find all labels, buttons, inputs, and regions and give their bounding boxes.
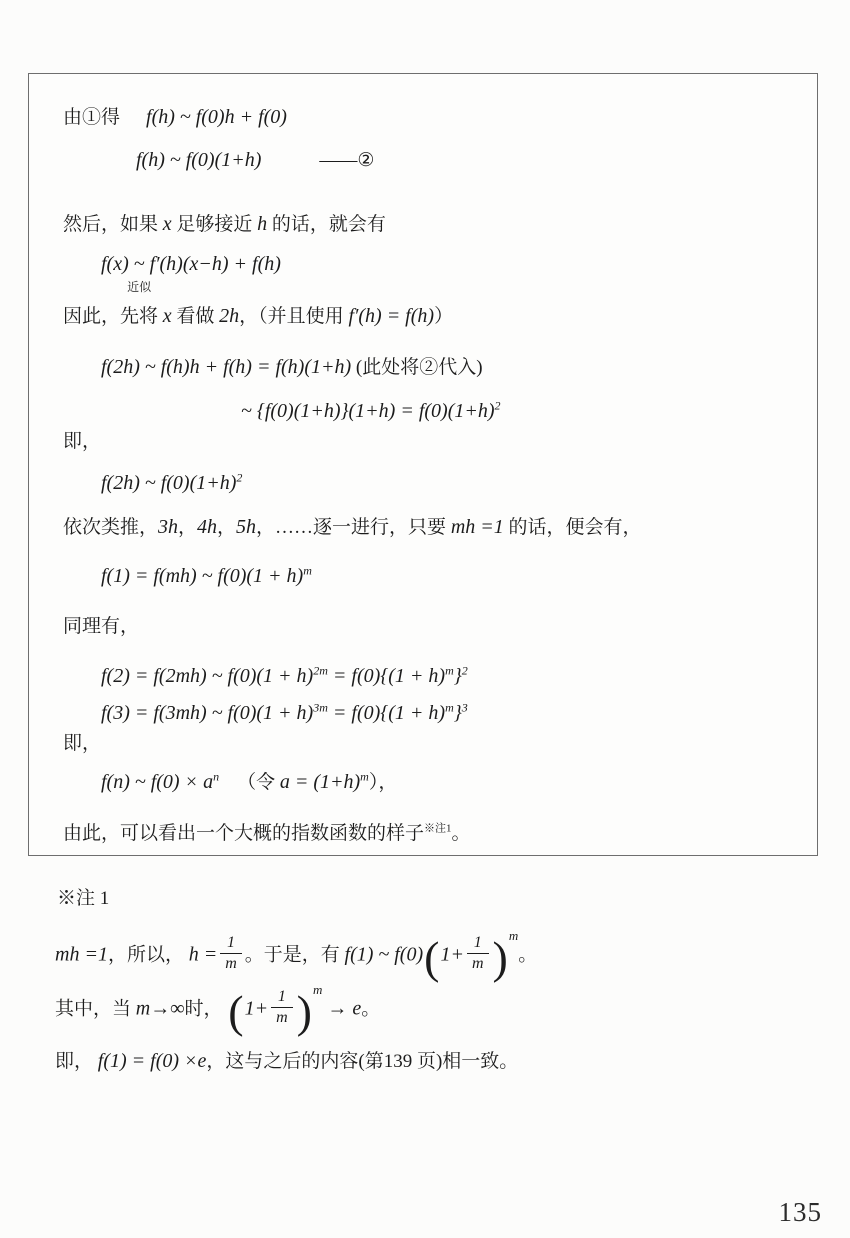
page-number: 135: [779, 1197, 823, 1228]
footnote-line: ※注 1: [57, 884, 815, 914]
math-segment: 5h: [236, 516, 256, 538]
math-segment: ~近似: [134, 249, 145, 279]
text-segment: 然后，如果: [63, 214, 163, 235]
text-segment: 的话，就会有: [267, 214, 386, 235]
footnote-line: 其中，当 m→∞时， (1+1m)m → e。: [55, 990, 815, 1030]
fraction-numerator: 1: [467, 934, 489, 954]
footnote-line: 即， f(1) = f(0) ×e，这与之后的内容(第139 页)相一致。: [55, 1046, 815, 1077]
derivation-box: 由①得f(h) ~ f(0)h + f(0)f(h) ~ f(0)(1+h)——…: [28, 73, 818, 856]
text-segment: ，……逐一进行，只要: [256, 517, 451, 538]
derivation-line: 同理有，: [63, 612, 803, 642]
text-segment: 即，: [63, 431, 101, 452]
math-segment: 2h: [219, 305, 239, 327]
derivation-line: 由①得f(h) ~ f(0)h + f(0): [63, 102, 803, 133]
text-segment: ），: [369, 772, 398, 793]
math-segment: f(n) ~ f(0) × an: [101, 771, 219, 793]
footnote-section: ※注 1mh =1，所以， h =1m。于是，有 f(1) ~ f(0)(1+1…: [55, 884, 815, 1077]
text-segment: ，这与之后的内容(第139 页)相一致。: [206, 1051, 518, 1072]
right-paren-group: )m: [492, 944, 519, 965]
text-segment: 由①得: [63, 107, 120, 128]
footnote-line: mh =1，所以， h =1m。于是，有 f(1) ~ f(0)(1+1m)m。: [55, 936, 815, 976]
text-segment: （令: [237, 772, 280, 793]
math-segment: a = (1+h)m: [280, 771, 369, 793]
derivation-line: 即，: [63, 427, 803, 457]
right-paren-group: )m: [296, 998, 323, 1019]
math-segment: f(2) = f(2mh) ~ f(0)(1 + h)2m = f(0){(1 …: [101, 665, 468, 687]
text-segment: 同理有，: [63, 616, 139, 637]
math-segment: h =: [189, 943, 218, 965]
fraction-numerator: 1: [220, 934, 242, 954]
math-segment: x: [163, 213, 172, 235]
math-segment: f(2h) ~ f(0)(1+h)2: [101, 472, 242, 494]
math-segment: f(h) ~ f(0)(1+h): [136, 149, 261, 171]
paren-exponent: m: [509, 928, 518, 943]
math-segment: 4h: [197, 516, 217, 538]
math-segment: f(1) = f(0) ×e: [98, 1050, 207, 1072]
footnote-ref: ※注1: [424, 823, 452, 835]
math-segment: 1+: [245, 997, 269, 1019]
text-segment: 。于是，有: [245, 944, 345, 965]
math-segment: f(h) ~ f(0)h + f(0): [146, 106, 287, 128]
text-segment: (此处将②代入): [351, 357, 482, 378]
math-segment: mh =1: [55, 943, 108, 965]
derivation-line: f(2) = f(2mh) ~ f(0)(1 + h)2m = f(0){(1 …: [101, 661, 803, 692]
text-segment: 即，: [63, 733, 101, 754]
fraction: 1m: [271, 988, 293, 1028]
fraction-numerator: 1: [271, 988, 293, 1008]
text-segment: ）: [434, 306, 453, 327]
math-segment: f′(h) = f(h): [348, 305, 434, 327]
derivation-line: 即，: [63, 729, 803, 759]
derivation-line: f(2h) ~ f(h)h + f(h) = f(h)(1+h) (此处将②代入…: [101, 352, 803, 383]
scanned-book-page: 由①得f(h) ~ f(0)h + f(0)f(h) ~ f(0)(1+h)——…: [0, 0, 850, 1238]
fraction-denominator: m: [467, 954, 489, 973]
text-segment: 足够接近: [172, 214, 258, 235]
math-segment: 1+: [440, 943, 464, 965]
text-segment: 其中，当: [55, 998, 136, 1019]
text-segment: 时，: [184, 998, 227, 1019]
derivation-line: 依次类推，3h，4h，5h，……逐一进行，只要 mh =1 的话，便会有，: [63, 512, 803, 543]
text-segment: ，所以，: [108, 944, 189, 965]
math-segment: f(1) = f(mh) ~ f(0)(1 + h)m: [101, 565, 312, 587]
derivation-line: f(n) ~ f(0) × an（令 a = (1+h)m），: [101, 767, 803, 798]
math-segment: h: [257, 213, 267, 235]
text-segment: 因此，先将: [63, 306, 163, 327]
derivation-line: f(3) = f(3mh) ~ f(0)(1 + h)3m = f(0){(1 …: [101, 698, 803, 729]
text-segment: ※注 1: [57, 888, 109, 909]
fraction-denominator: m: [220, 954, 242, 973]
text-segment: ，: [178, 517, 197, 538]
fraction: 1m: [220, 934, 242, 974]
text-segment: ——②: [319, 150, 374, 171]
text-segment: ，（并且使用: [239, 306, 348, 327]
math-segment: ~ {f(0)(1+h)}(1+h) = f(0)(1+h)2: [241, 400, 501, 422]
text-segment: ，: [217, 517, 236, 538]
derivation-line: f(1) = f(mh) ~ f(0)(1 + h)m: [101, 561, 803, 592]
text-segment: 即，: [55, 1051, 98, 1072]
text-segment: 由此，可以看出一个大概的指数函数的样子: [63, 823, 424, 844]
math-segment: f(1) ~ f(0): [345, 943, 424, 965]
math-segment: → e: [322, 997, 361, 1019]
math-segment: mh =1: [451, 516, 504, 538]
math-segment: f(3) = f(3mh) ~ f(0)(1 + h)3m = f(0){(1 …: [101, 702, 468, 724]
text-segment: 。: [518, 944, 537, 965]
text-segment: 。: [361, 998, 380, 1019]
derivation-line: f(2h) ~ f(0)(1+h)2: [101, 468, 803, 499]
math-segment: f(2h) ~ f(h)h + f(h) = f(h)(1+h): [101, 356, 351, 378]
derivation-line: ~ {f(0)(1+h)}(1+h) = f(0)(1+h)2: [241, 396, 803, 427]
derivation-line: 因此，先将 x 看做 2h，（并且使用 f′(h) = f(h)）: [63, 301, 803, 332]
derivation-line: 由此，可以看出一个大概的指数函数的样子※注1。: [63, 819, 803, 849]
fraction: 1m: [467, 934, 489, 974]
math-segment: f′(h)(x−h) + f(h): [145, 253, 281, 275]
derivation-line: f(x) ~近似 f′(h)(x−h) + f(h): [101, 249, 803, 280]
derivation-line: 然后，如果 x 足够接近 h 的话，就会有: [63, 209, 803, 240]
derivation-line: f(h) ~ f(0)(1+h)——②: [136, 145, 803, 176]
text-segment: 依次类推，: [63, 517, 158, 538]
text-segment: 。: [452, 823, 471, 844]
math-segment: 3h: [158, 516, 178, 538]
text-segment: 的话，便会有，: [504, 517, 642, 538]
math-segment: m→∞: [136, 997, 185, 1019]
fraction-denominator: m: [271, 1008, 293, 1027]
approx-under-label: 近似: [127, 272, 151, 302]
math-segment: x: [163, 305, 172, 327]
paren-exponent: m: [313, 982, 322, 997]
derivation-content: 由①得f(h) ~ f(0)h + f(0)f(h) ~ f(0)(1+h)——…: [29, 102, 817, 849]
text-segment: 看做: [172, 306, 220, 327]
